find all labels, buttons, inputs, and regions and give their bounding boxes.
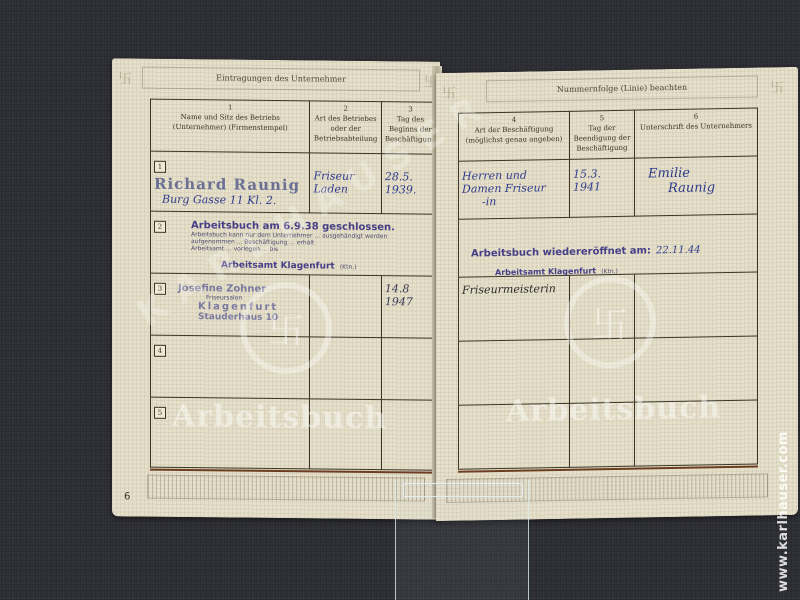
column-header: 6 Unterschrift des Unternehmers bbox=[635, 108, 758, 158]
right-page: 卐 卐 Nummernfolge (Linie) beachten 4 Art … bbox=[436, 67, 798, 521]
table-row: Herren und Damen Friseur -in 15.3. 1941 … bbox=[459, 156, 758, 219]
acrylic-stand-slot bbox=[403, 483, 523, 497]
swastika-border-ornament-icon: 卐 bbox=[770, 77, 784, 97]
stamp-suffix: (Ktn.) bbox=[601, 268, 618, 275]
row-3-occupation-cell: Friseurmeisterin bbox=[459, 275, 570, 341]
row-4-date-cell bbox=[381, 338, 439, 401]
stamp-date: 22.11.44 bbox=[656, 245, 701, 257]
start-date-year: 1939. bbox=[385, 183, 436, 197]
acrylic-display-stand bbox=[395, 480, 529, 600]
start-date-year: 1947 bbox=[385, 295, 436, 309]
stamp-title: Arbeitsbuch wiedereröffnet am: bbox=[471, 245, 651, 259]
reopened-stamp: Arbeitsbuch wiedereröffnet am: 22.11.44 … bbox=[471, 238, 701, 280]
left-page-header: Eintragungen des Unternehmer bbox=[142, 67, 420, 92]
arbeitsbuch-watermark: Arbeitsbuch bbox=[172, 399, 387, 436]
eagle-wreath-emblem-icon: 卐 bbox=[240, 282, 332, 375]
start-date-day: 14.8 bbox=[385, 282, 436, 296]
signature: Raunig bbox=[668, 180, 754, 197]
right-page-header: Nummernfolge (Linie) beachten bbox=[486, 76, 758, 103]
employer-stamp: Richard Raunig bbox=[154, 175, 306, 195]
decorative-bottom-band bbox=[147, 475, 425, 502]
row-5-date-cell bbox=[381, 400, 439, 471]
stamp-suffix: (Ktn.) bbox=[340, 264, 357, 271]
page-number: 6 bbox=[124, 491, 130, 502]
stamp-office: Arbeitsamt Klagenfurt bbox=[495, 266, 596, 277]
site-credit-watermark: www.karlhauser.com bbox=[776, 392, 794, 592]
row-number: 2 bbox=[154, 221, 166, 233]
row-2-reopened-stamp-cell: Arbeitsbuch wiedereröffnet am: 22.11.44 … bbox=[459, 214, 758, 277]
swastika-border-ornament-icon: 卐 bbox=[118, 68, 132, 88]
column-header: 2 Art des Betriebes oder der Betriebsabt… bbox=[310, 101, 381, 154]
handwritten-occupation: Friseurmeisterin bbox=[462, 282, 566, 297]
row-number: 5 bbox=[154, 407, 166, 419]
end-date-year: 1941 bbox=[573, 180, 631, 194]
column-header: 1 Name und Sitz des Betriebs (Unternehme… bbox=[151, 99, 310, 153]
row-number: 4 bbox=[154, 345, 166, 357]
column-header: 5 Tag der Beendigung der Beschäftigung bbox=[570, 110, 635, 159]
row-1-end-date-cell: 15.3. 1941 bbox=[570, 158, 635, 217]
end-date-day: 15.3. bbox=[573, 167, 631, 181]
table-row: Arbeitsbuch wiedereröffnet am: 22.11.44 … bbox=[459, 214, 758, 277]
arbeitsbuch-watermark: Arbeitsbuch bbox=[506, 390, 721, 429]
row-3-date-cell: 14.8 1947 bbox=[381, 276, 439, 339]
row-number: 1 bbox=[154, 161, 166, 173]
handwritten-occupation: -in bbox=[482, 194, 566, 208]
row-1-signature-cell: Emilie Raunig bbox=[635, 156, 758, 216]
row-1-occupation-cell: Herren und Damen Friseur -in bbox=[459, 159, 570, 219]
